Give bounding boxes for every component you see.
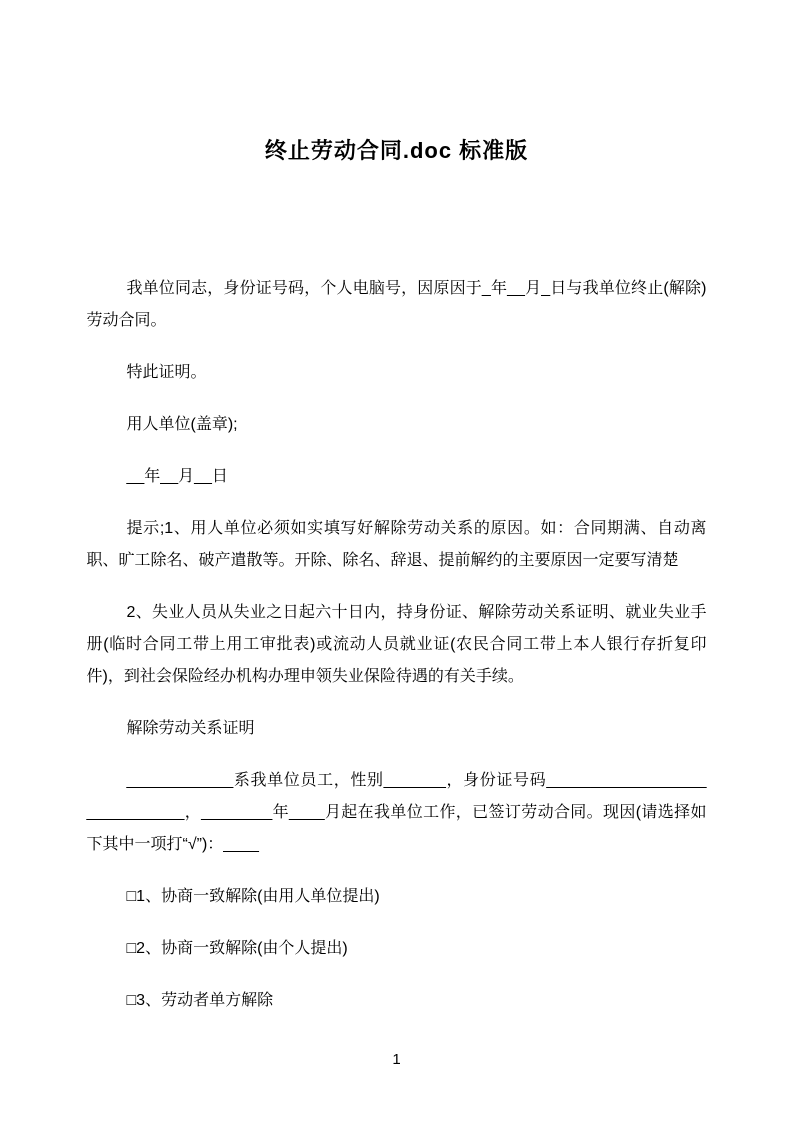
paragraph: 特此证明。 bbox=[87, 357, 707, 389]
document-page: 终止劳动合同.doc 标准版 我单位同志，身份证号码，个人电脑号，因原因于_年_… bbox=[0, 0, 793, 1122]
paragraph: □3、劳动者单方解除 bbox=[87, 985, 707, 1017]
document-content: 终止劳动合同.doc 标准版 我单位同志，身份证号码，个人电脑号，因原因于_年_… bbox=[87, 136, 707, 1076]
paragraph: 用人单位(盖章); bbox=[87, 409, 707, 441]
document-body: 我单位同志，身份证号码，个人电脑号，因原因于_年__月_日与我单位终止(解除)劳… bbox=[87, 273, 707, 1017]
paragraph: 提示;1、用人单位必须如实填写好解除劳动关系的原因。如：合同期满、自动离职、旷工… bbox=[87, 513, 707, 577]
paragraph: 解除劳动关系证明 bbox=[87, 713, 707, 745]
document-title: 终止劳动合同.doc 标准版 bbox=[87, 136, 707, 166]
page-footer: 1 bbox=[87, 1044, 707, 1076]
paragraph: 我单位同志，身份证号码，个人电脑号，因原因于_年__月_日与我单位终止(解除)劳… bbox=[87, 273, 707, 337]
paragraph: □1、协商一致解除(由用人单位提出) bbox=[87, 881, 707, 913]
page-number: 1 bbox=[392, 1051, 400, 1068]
paragraph: 2、失业人员从失业之日起六十日内，持身份证、解除劳动关系证明、就业失业手册(临时… bbox=[87, 597, 707, 693]
paragraph: □2、协商一致解除(由个人提出) bbox=[87, 933, 707, 965]
paragraph: __年__月__日 bbox=[87, 461, 707, 493]
paragraph: ____________系我单位员工，性别_______，身份证号码______… bbox=[87, 765, 707, 861]
